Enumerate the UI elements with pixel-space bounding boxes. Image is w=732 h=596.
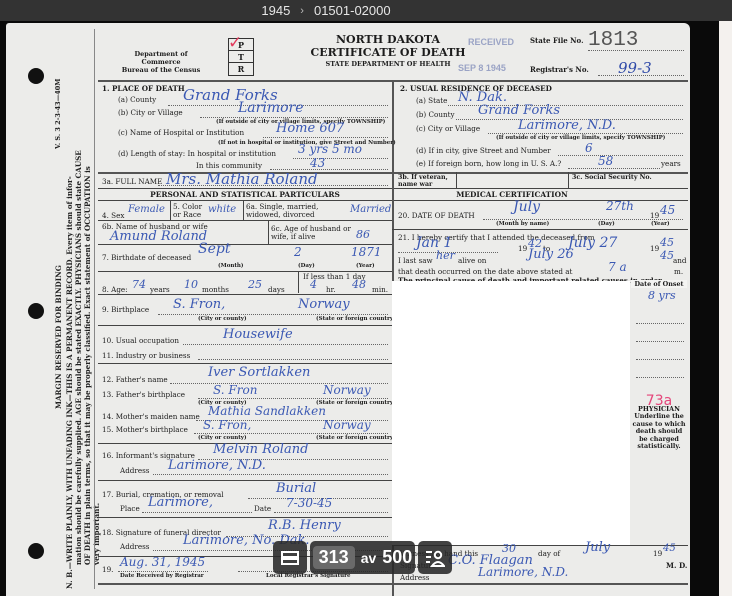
current-page-input[interactable]: 313 (313, 546, 355, 569)
res-county-value: Grand Forks (478, 103, 560, 118)
informant-value: Melvin Roland (213, 442, 308, 457)
res-foreign-value: 58 (598, 154, 613, 168)
m-label: m. (674, 267, 683, 276)
burial-place-value: Larimore, (148, 495, 213, 510)
breadcrumb: 1945 › 01501-02000 (0, 0, 732, 21)
hr-value: 4 (310, 278, 317, 291)
dod-day-value: 27th (606, 199, 634, 213)
margin-line: N. B.—WRITE PLAINLY, WITH UNFADING INK—T… (65, 29, 74, 589)
ptr-r: R (229, 63, 253, 75)
person-list-icon (425, 549, 445, 567)
address-label: Address (400, 573, 429, 582)
birth-year-value: 1871 (351, 245, 382, 259)
dod-month-value: July (513, 199, 540, 215)
divider (243, 200, 244, 220)
res-foreign-label: (e) If foreign born, how long in U. S. A… (416, 159, 561, 168)
divider (170, 200, 171, 220)
bottom-rule (98, 583, 688, 585)
rule (98, 294, 392, 295)
margin-line: mation should be carefully supplied. AGE… (74, 29, 83, 589)
occupation-label: 10. Usual occupation (102, 336, 179, 345)
margin-binding-note: MARGIN RESERVED FOR BINDING (54, 265, 63, 409)
fullname-value: Mrs. Mathia Roland (166, 170, 318, 188)
physician-address-value: Larimore, N.D. (478, 565, 568, 579)
stay-value: 3 yrs 5 mo (298, 142, 362, 156)
caption: (Year) (651, 221, 670, 227)
hospital-value: Home 607 (276, 121, 344, 136)
birth-day-value: 2 (294, 245, 302, 259)
year-prefix: 19 (653, 549, 662, 558)
breadcrumb-year[interactable]: 1945 (261, 3, 290, 18)
father-label: 12. Father's name (102, 375, 168, 384)
of-label: av (361, 550, 377, 566)
rule (200, 117, 388, 118)
received-stamp-date: SEP 8 1945 (458, 63, 506, 73)
personal-section-title: PERSONAL AND STATISTICAL PARTICULARS (98, 190, 392, 199)
total-pages: 500 (382, 547, 412, 568)
witness-month-value: July (585, 540, 610, 555)
caption: (Year) (356, 263, 375, 269)
occupation-value: Housewife (223, 327, 293, 342)
caption: (City or county) (198, 435, 247, 441)
binder-hole (28, 303, 44, 319)
informant-address-value: Larimore, N.D. (168, 458, 266, 473)
community-value: 43 (310, 156, 325, 170)
caption: (State or foreign country) (316, 435, 396, 441)
year-prefix: 19 (650, 244, 659, 253)
dod-year-value: 45 (660, 203, 675, 217)
last-saw-year: 45 (660, 249, 674, 262)
rule (568, 168, 660, 169)
burial-date-value: 7-30-45 (286, 496, 332, 510)
funeral-director-value: R.B. Henry (268, 518, 341, 533)
birthplace-city-value: S. Fron, (173, 297, 225, 312)
margin-instructions: MARGIN RESERVED FOR BINDING V. S. 3 2-3-… (54, 29, 104, 589)
check-mark-icon: ✓ (228, 33, 242, 53)
caption: (City or county) (198, 316, 247, 322)
rule (274, 512, 388, 513)
place-label: Place (120, 504, 140, 513)
age-years-value: 74 (132, 278, 146, 291)
breadcrumb-range[interactable]: 01501-02000 (314, 3, 391, 18)
min-value: 48 (352, 278, 366, 291)
rule (98, 480, 392, 481)
father-bp-country-value: Norway (323, 383, 371, 397)
received-date-value: Aug. 31, 1945 (120, 555, 205, 569)
rule (636, 359, 684, 360)
rule (263, 137, 388, 138)
bureau-line: Bureau of the Census (116, 66, 206, 74)
ssn-label: 3c. Social Security No. (572, 174, 682, 181)
rule (98, 517, 392, 518)
md-label: M. D. (666, 561, 687, 570)
rule (588, 50, 684, 51)
rule (118, 571, 208, 572)
certificate-title: NORTH DAKOTA CERTIFICATE OF DEATH STATE … (298, 33, 478, 68)
res-county-label: (b) County (416, 110, 455, 119)
color-value: white (208, 204, 236, 215)
community-label: In this community (196, 161, 262, 170)
age-label: 8. Age: (102, 285, 128, 294)
filmstrip-icon (281, 551, 299, 565)
res-city-label: (c) City or Village (416, 124, 480, 133)
father-birthplace-label: 13. Father's birthplace (102, 390, 185, 399)
document-image[interactable]: MARGIN RESERVED FOR BINDING V. S. 3 2-3-… (6, 23, 690, 596)
hospital-label: (c) Name of Hospital or Institution (118, 128, 244, 137)
received-stamp: RECEIVED (468, 37, 514, 47)
place-of-death-title: 1. PLACE OF DEATH (102, 84, 185, 93)
rule (392, 229, 688, 230)
binder-hole (28, 68, 44, 84)
rule (293, 158, 388, 159)
side-panel (719, 21, 732, 596)
rule (98, 363, 392, 364)
margin-line: OF DEATH in plain terms, so that it may … (83, 29, 92, 589)
rule (636, 341, 684, 342)
birth-month-value: Sept (198, 241, 230, 257)
birthplace-label: 9. Birthplace (102, 305, 149, 314)
res-street-value: 6 (585, 141, 593, 155)
birthdate-label: 7. Birthdate of deceased (102, 253, 191, 262)
year-prefix: 19 (518, 244, 527, 253)
form-code: V. S. 3 2-3-43—40M (54, 79, 63, 149)
divider (568, 172, 569, 188)
subtitle-text: STATE DEPARTMENT OF HEALTH (298, 60, 478, 68)
address-label: Address (120, 542, 149, 551)
department-label: Department of Commerce Bureau of the Cen… (116, 50, 206, 74)
rule (558, 155, 683, 156)
day-of-label: day of (538, 549, 560, 558)
dept-line: Department of Commerce (116, 50, 206, 66)
death-city-value: Larimore (238, 100, 304, 116)
divider (298, 271, 299, 293)
last-saw-date: July 26 (528, 247, 574, 262)
spouse-value: Amund Roland (110, 229, 207, 244)
page-navigator: 313 av 500 (273, 541, 452, 574)
state-file-label: State File No. (530, 36, 584, 45)
spouse-age-value: 86 (356, 228, 370, 241)
res-city-value: Larimore, N.D. (518, 118, 616, 133)
county-label: (a) County (118, 95, 156, 104)
city-label: (b) City or Village (118, 108, 183, 117)
marital-label: 6a. Single, married, widowed, divorced (246, 203, 346, 218)
rule (183, 344, 388, 345)
divider (268, 220, 269, 244)
rule (198, 359, 388, 360)
onset-label: Date of Onset (631, 280, 687, 288)
res-city-note: (If outside of city or village limits, s… (496, 135, 665, 141)
rule (98, 325, 392, 326)
min-label: min. (372, 285, 388, 294)
stay-label: (d) Length of stay: In hospital or insti… (118, 149, 276, 158)
burial-value: Burial (276, 481, 316, 496)
rule (636, 377, 684, 378)
caption: (Day) (298, 263, 315, 269)
date-label: Date (254, 504, 271, 513)
dod-label: 20. DATE OF DEATH (398, 211, 475, 220)
color-label: 5. Color or Race (173, 203, 209, 218)
filmstrip-button[interactable] (273, 541, 307, 574)
birthplace-country-value: Norway (298, 297, 350, 312)
rule (98, 244, 392, 245)
caption: (Month) (218, 263, 244, 269)
fullname-label: 3a. FULL NAME (102, 177, 162, 186)
page-counter[interactable]: 313 av 500 (310, 541, 415, 574)
father-bp-city-value: S. Fron (213, 383, 257, 397)
caption: (Month by name) (496, 221, 549, 227)
mother-label: 14. Mother's maiden name (102, 412, 200, 421)
medical-section-title: MEDICAL CERTIFICATION (392, 190, 632, 199)
hr-label: hr. (326, 285, 336, 294)
rule (194, 433, 388, 434)
rule (142, 512, 252, 513)
rule (158, 314, 388, 315)
rule (636, 323, 684, 324)
state-file-number: 1813 (588, 29, 638, 52)
alive-label: alive on (458, 256, 486, 265)
last-saw-pronoun: her (436, 249, 455, 262)
last-saw-label: I last saw (398, 256, 433, 265)
death-time-value: 7 a (608, 260, 627, 274)
rule (198, 398, 388, 399)
attended-to-value: July 27 (568, 235, 617, 251)
binder-hole (28, 543, 44, 559)
caption: (Day) (598, 221, 615, 227)
attended-to-year: 45 (660, 236, 674, 249)
year-prefix: 19 (650, 211, 659, 220)
mother-birthplace-label: 15. Mother's birthplace (102, 425, 188, 434)
sex-label: 4. Sex (102, 211, 124, 220)
death-certificate-form: Department of Commerce Bureau of the Cen… (98, 23, 688, 596)
onset-value: 8 yrs (648, 289, 676, 302)
days-label: days (268, 285, 285, 294)
industry-label: 11. Industry or business (102, 351, 190, 360)
note-line: statistically. (631, 443, 687, 451)
divider (456, 172, 457, 188)
res-state-label: (a) State (416, 96, 447, 105)
title-text: CERTIFICATE OF DEATH (298, 46, 478, 59)
veteran-label: 3b. If veteran, name war (398, 174, 454, 188)
received-caption: Date Received by Registrar (120, 573, 204, 579)
breadcrumb-separator-icon: › (300, 5, 304, 17)
cause-of-death-area (392, 281, 630, 545)
rule (153, 474, 388, 475)
witness-year-value: 45 (663, 543, 676, 554)
address-label: Address (120, 466, 149, 475)
age-months-value: 10 (184, 278, 198, 291)
physician-note: 73a PHYSICIAN Underline the cause to whi… (631, 398, 687, 451)
mother-value: Mathia Sandlakken (208, 404, 326, 418)
rule (488, 133, 683, 134)
mother-bp-country-value: Norway (323, 418, 371, 432)
res-street-label: (d) If in city, give Street and Number (416, 146, 551, 155)
marital-value: Married (350, 204, 391, 215)
margin-rule (94, 29, 95, 589)
mother-bp-city-value: S. Fron, (203, 418, 251, 432)
years-label: years (150, 285, 170, 294)
registrar-label: Registrar's No. (530, 65, 589, 74)
rule (598, 75, 684, 76)
occurred-label: that death occurred on the date above st… (398, 267, 572, 276)
rule (98, 220, 392, 221)
persons-button[interactable] (418, 541, 452, 574)
years-label: years (661, 159, 681, 168)
and-label: and (673, 256, 687, 265)
father-value: Iver Sortlakken (208, 365, 310, 380)
caption: (State or foreign country) (316, 400, 396, 406)
months-label: months (202, 285, 229, 294)
sex-value: Female (128, 204, 165, 215)
state-name: NORTH DAKOTA (298, 33, 478, 46)
item-19-label: 19. (102, 565, 113, 574)
age-days-value: 25 (248, 278, 262, 291)
spouse-age-label: 6c. Age of husband or wife, if alive (271, 225, 351, 240)
caption: (State or foreign country) (316, 316, 396, 322)
